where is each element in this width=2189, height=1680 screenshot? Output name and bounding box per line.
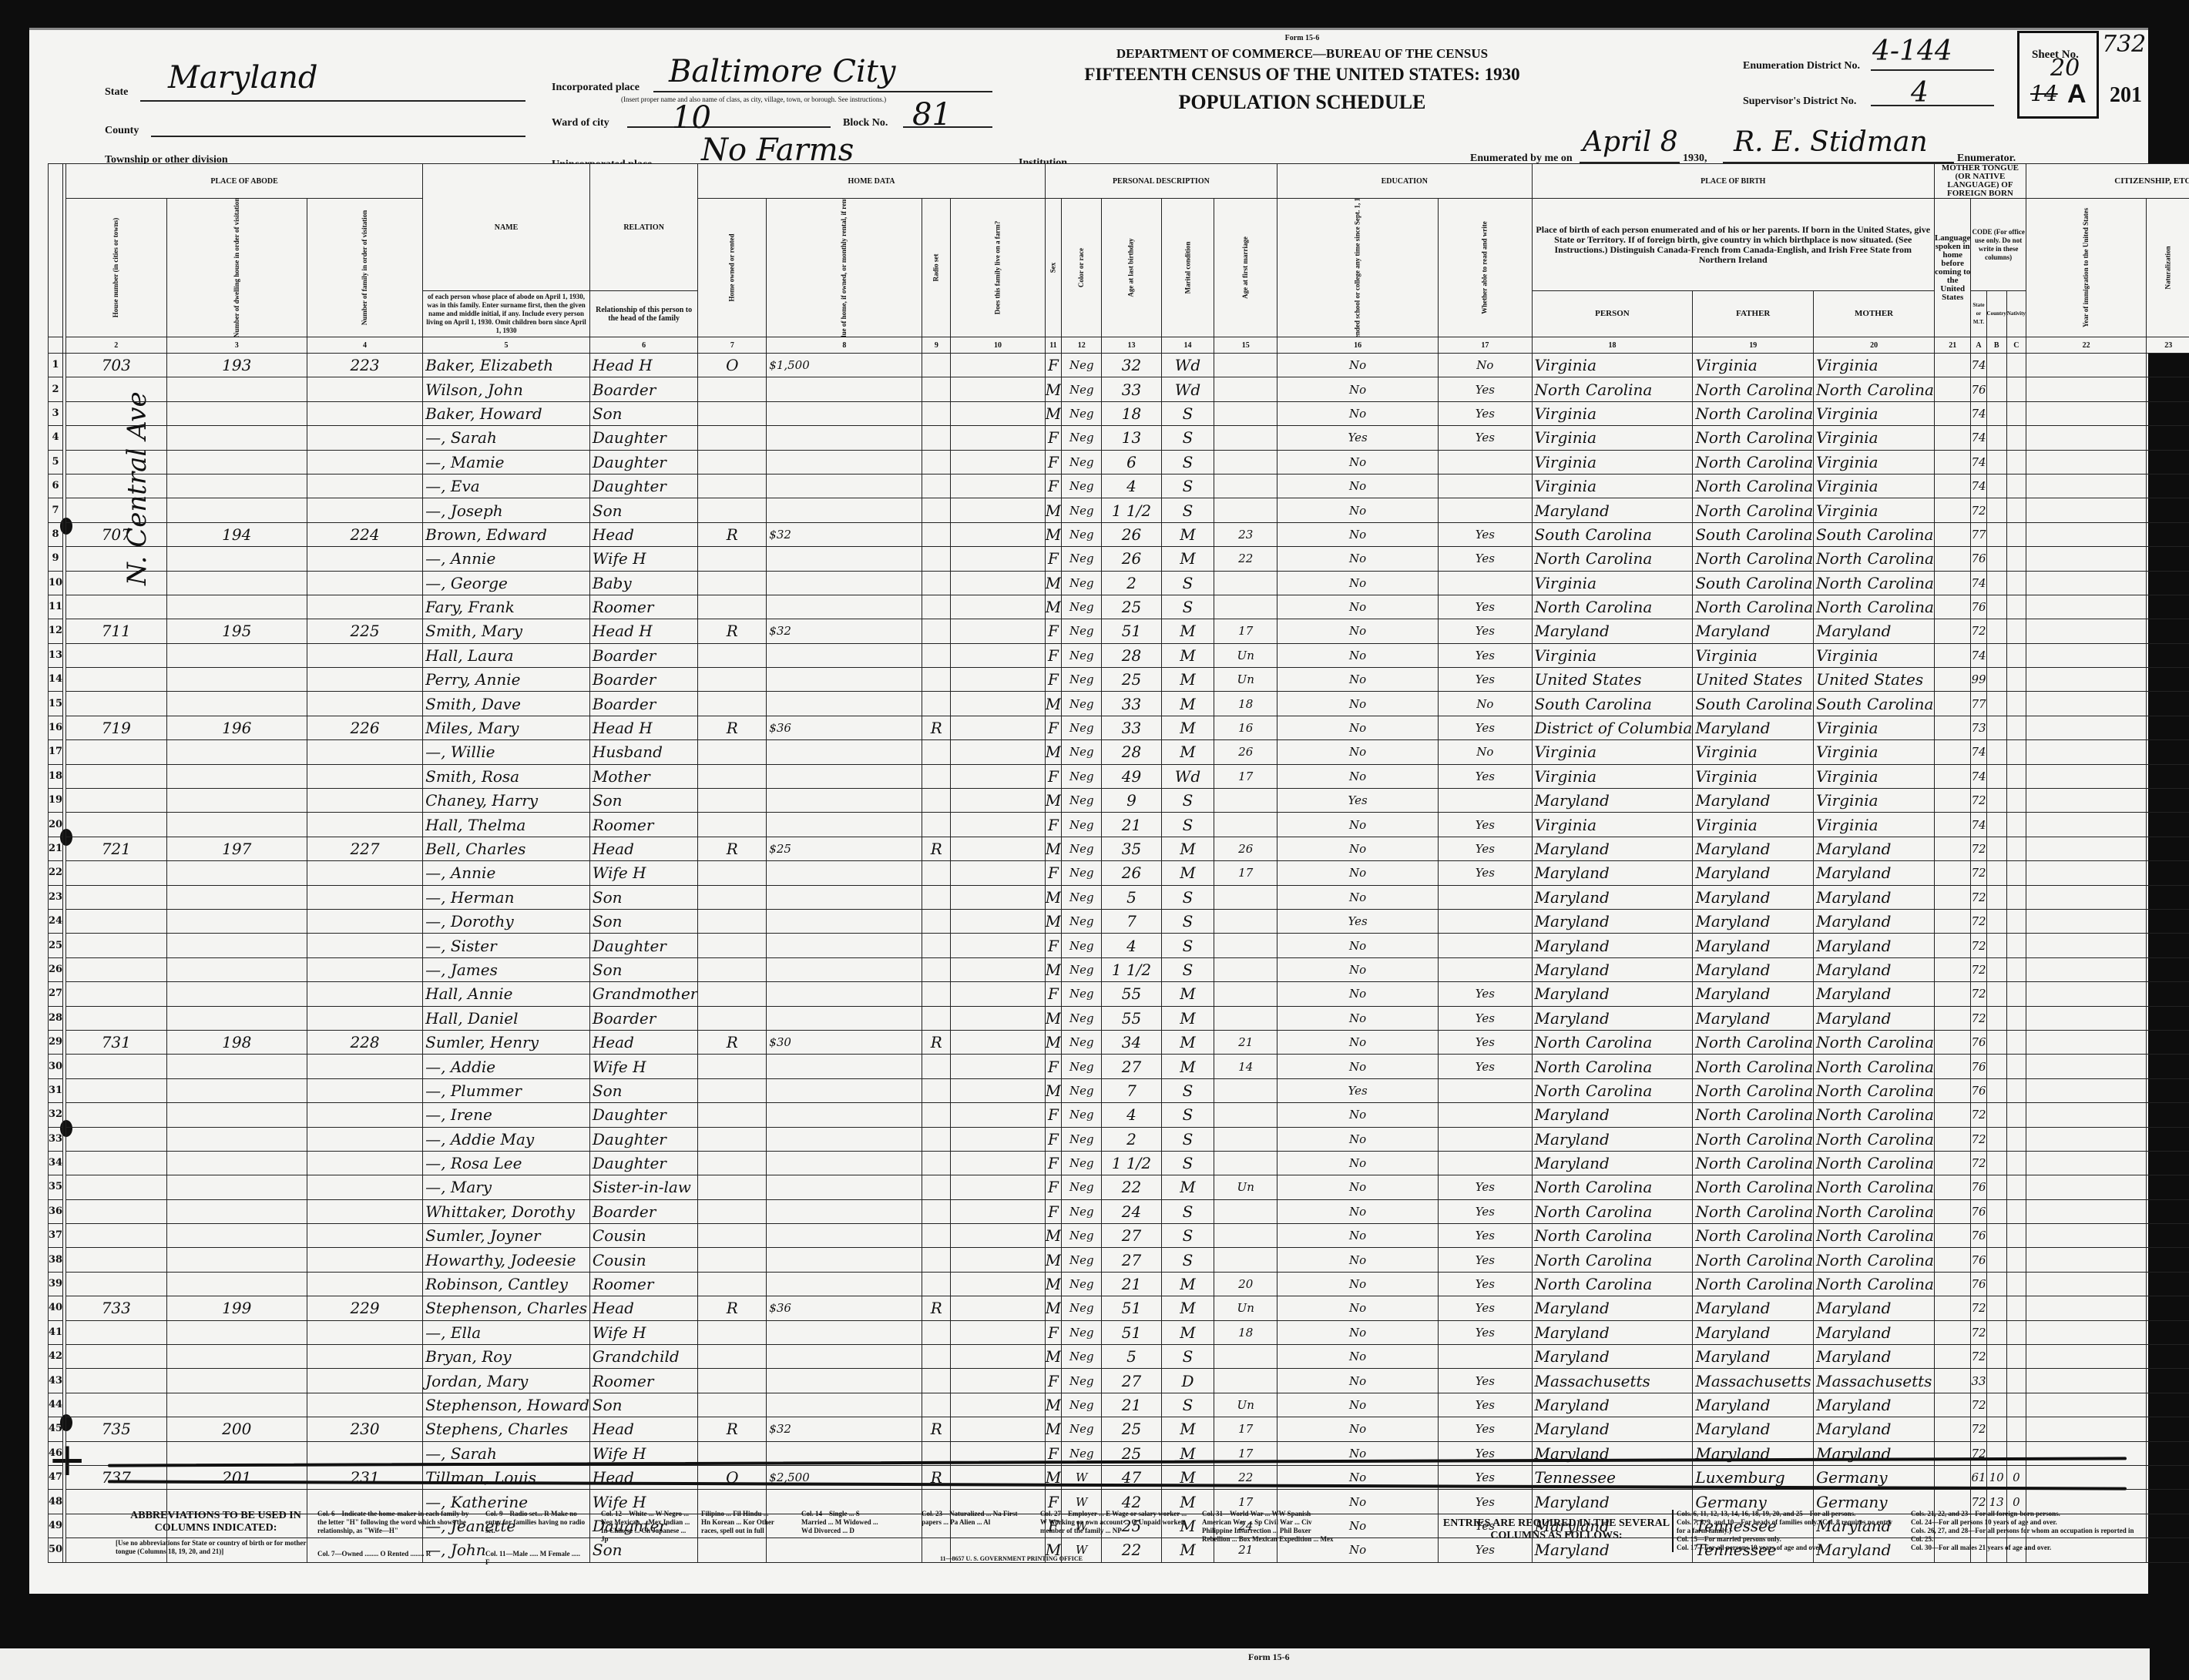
person-name: Baker, Howard [423, 401, 590, 425]
immigration-year [2026, 813, 2146, 837]
code-a: 74 [1971, 764, 1986, 788]
marital-status: S [1161, 426, 1214, 450]
family-number [307, 909, 422, 933]
age-first-marriage [1214, 401, 1277, 425]
home-value [767, 1078, 922, 1102]
code-c [2006, 1441, 2026, 1465]
radio: R [922, 716, 951, 739]
race: Neg [1062, 595, 1102, 619]
language [1934, 934, 1970, 957]
home-value [767, 764, 922, 788]
mother-birthplace: Virginia [1814, 789, 1935, 813]
language [1934, 813, 1970, 837]
home-value [767, 426, 922, 450]
code-a: 77 [1971, 692, 1986, 716]
dwelling-number [166, 1369, 307, 1393]
marital-status: M [1161, 837, 1214, 860]
code-a: 72 [1971, 837, 1986, 860]
code-b [1986, 861, 2006, 885]
read-write [1439, 1127, 1532, 1151]
person-birthplace: North Carolina [1532, 1248, 1693, 1272]
radio [922, 354, 951, 377]
home-value [767, 1175, 922, 1199]
code-c [2006, 1078, 2026, 1102]
age: 5 [1102, 1345, 1161, 1369]
home-value [767, 861, 922, 885]
radio [922, 1199, 951, 1223]
person-birthplace: North Carolina [1532, 1030, 1693, 1054]
ward-label: Ward of city [552, 117, 609, 129]
sex: M [1045, 522, 1061, 546]
family-number [307, 377, 422, 401]
farm [951, 861, 1046, 885]
sex: F [1045, 764, 1061, 788]
code-a: 74 [1971, 450, 1986, 474]
line-number: 25 [49, 934, 63, 957]
language [1934, 1369, 1970, 1393]
person-birthplace: Virginia [1532, 813, 1693, 837]
stamp-top: 732 [2102, 31, 2146, 58]
line-number: 29 [49, 1030, 63, 1054]
person-name: Baker, Elizabeth [423, 354, 590, 377]
code-c [2006, 474, 2026, 498]
personal-group-header: PERSONAL DESCRIPTION [1045, 164, 1277, 199]
read-write: Yes [1439, 426, 1532, 450]
father-birthplace: Maryland [1693, 1393, 1814, 1417]
person-name: Jordan, Mary [423, 1369, 590, 1393]
line-number: 46 [49, 1441, 63, 1465]
family-number [307, 668, 422, 692]
code-a: 72 [1971, 498, 1986, 522]
age-first-marriage: 18 [1214, 1320, 1277, 1344]
naturalization [2147, 401, 2189, 425]
code-c [2006, 668, 2026, 692]
home-owned [698, 474, 767, 498]
code-b [1986, 1417, 2006, 1441]
read-write [1439, 1078, 1532, 1102]
printer-mark: 11—8657 U. S. GOVERNMENT PRINTING OFFICE [940, 1554, 1083, 1563]
column-number: 8 [767, 337, 922, 354]
age: 35 [1102, 837, 1161, 860]
code-c [2006, 595, 2026, 619]
immigration-year-header: Year of immigration to the United States [2026, 199, 2146, 337]
relationship: Son [589, 498, 697, 522]
dwelling-number [166, 668, 307, 692]
table-row: 25—, SisterDaughterFNeg4SNoMarylandMaryl… [49, 934, 2189, 957]
naturalization [2147, 1006, 2189, 1030]
read-write: Yes [1439, 837, 1532, 860]
code-b [1986, 1369, 2006, 1393]
table-row: 1703193223Baker, ElizabethHead HO$1,500F… [49, 354, 2189, 377]
home-value [767, 547, 922, 571]
immigration-year [2026, 547, 2146, 571]
attended-school: No [1277, 957, 1439, 981]
code-b [1986, 764, 2006, 788]
code-a: 72 [1971, 861, 1986, 885]
line-number: 32 [49, 1103, 63, 1127]
column-number: 2 [66, 337, 166, 354]
home-owned: R [698, 1030, 767, 1054]
father-birthplace: Maryland [1693, 837, 1814, 860]
race: Neg [1062, 668, 1102, 692]
code-a: 74 [1971, 474, 1986, 498]
farm [951, 643, 1046, 667]
mother-birthplace: North Carolina [1814, 1224, 1935, 1248]
dwelling-number: 200 [166, 1417, 307, 1441]
person-name: Stephenson, Howard [423, 1393, 590, 1417]
immigration-year [2026, 740, 2146, 764]
person-name: Sumler, Henry [423, 1030, 590, 1054]
column-number: C [2006, 337, 2026, 354]
person-name: Hall, Daniel [423, 1006, 590, 1030]
farm [951, 498, 1046, 522]
naturalization [2147, 1345, 2189, 1369]
column-number: 11 [1045, 337, 1061, 354]
person-name: Perry, Annie [423, 668, 590, 692]
mother-birthplace: Maryland [1814, 1441, 1935, 1465]
person-birthplace: Virginia [1532, 643, 1693, 667]
race: Neg [1062, 1272, 1102, 1296]
name-description: of each person whose place of abode on A… [423, 291, 590, 337]
sex: M [1045, 1030, 1061, 1054]
attended-school: No [1277, 1224, 1439, 1248]
language [1934, 982, 1970, 1006]
block-label: Block No. [843, 117, 888, 129]
column-number: B [1986, 337, 2006, 354]
father-birthplace: North Carolina [1693, 1127, 1814, 1151]
read-write [1439, 1103, 1532, 1127]
sex: M [1045, 498, 1061, 522]
farm [951, 692, 1046, 716]
radio [922, 1248, 951, 1272]
immigration-year [2026, 1320, 2146, 1344]
abbrev-col23: Col. 23—Naturalized ... Na First papers … [922, 1510, 1022, 1527]
sex: F [1045, 668, 1061, 692]
race: Neg [1062, 1175, 1102, 1199]
sex: F [1045, 1199, 1061, 1223]
house-number [66, 1224, 166, 1248]
radio [922, 1151, 951, 1175]
mother-birthplace: Virginia [1814, 354, 1935, 377]
home-owned [698, 1320, 767, 1344]
line-number: 27 [49, 982, 63, 1006]
race-header: Color or race [1062, 199, 1102, 337]
code-b [1986, 643, 2006, 667]
language [1934, 1320, 1970, 1344]
code-a: 72 [1971, 909, 1986, 933]
sex: F [1045, 619, 1061, 643]
naturalization [2147, 498, 2189, 522]
schedule-title: POPULATION SCHEDULE [1110, 91, 1495, 114]
language [1934, 401, 1970, 425]
relationship: Cousin [589, 1248, 697, 1272]
relationship: Wife H [589, 861, 697, 885]
attended-school: No [1277, 1151, 1439, 1175]
read-write [1439, 1345, 1532, 1369]
home-owned [698, 789, 767, 813]
code-c [2006, 1320, 2026, 1344]
race: Neg [1062, 547, 1102, 571]
house-number [66, 982, 166, 1006]
house-number [66, 401, 166, 425]
code-b [1986, 1127, 2006, 1151]
table-row: 16719196226Miles, MaryHead HR$36RFNeg33M… [49, 716, 2189, 739]
attended-school: No [1277, 692, 1439, 716]
father-birthplace: North Carolina [1693, 1224, 1814, 1248]
mother-birthplace: Maryland [1814, 1006, 1935, 1030]
father-birthplace: Maryland [1693, 789, 1814, 813]
person-birthplace: United States [1532, 668, 1693, 692]
person-birthplace: Maryland [1532, 909, 1693, 933]
immigration-year [2026, 498, 2146, 522]
father-birthplace: Maryland [1693, 1345, 1814, 1369]
code-b [1986, 1103, 2006, 1127]
radio [922, 982, 951, 1006]
naturalization [2147, 1296, 2189, 1320]
age: 51 [1102, 619, 1161, 643]
tongue-code-header: CODE (For office use only. Do not write … [1971, 199, 2026, 291]
age: 4 [1102, 1103, 1161, 1127]
house-number [66, 1078, 166, 1102]
age: 25 [1102, 595, 1161, 619]
age: 1 1/2 [1102, 957, 1161, 981]
home-owned [698, 547, 767, 571]
mother-birthplace: Maryland [1814, 1417, 1935, 1441]
age-first-marriage [1214, 934, 1277, 957]
next-page-strip: Form 15-6 [0, 1648, 2150, 1680]
farm [951, 1175, 1046, 1199]
farm [951, 474, 1046, 498]
code-a: 73 [1971, 716, 1986, 739]
column-number: 14 [1161, 337, 1214, 354]
code-a: 33 [1971, 1369, 1986, 1393]
sex: F [1045, 450, 1061, 474]
home-owned [698, 498, 767, 522]
house-number: 735 [66, 1417, 166, 1441]
language [1934, 354, 1970, 377]
mother-birthplace: Maryland [1814, 861, 1935, 885]
home-owned [698, 740, 767, 764]
code-b [1986, 401, 2006, 425]
house-number [66, 885, 166, 909]
code-c [2006, 934, 2026, 957]
race: Neg [1062, 450, 1102, 474]
enumerator-name: R. E. Stidman [1734, 126, 1928, 158]
home-owned [698, 1006, 767, 1030]
age-first-marriage [1214, 474, 1277, 498]
radio [922, 377, 951, 401]
radio [922, 764, 951, 788]
attended-school: No [1277, 764, 1439, 788]
relationship: Boarder [589, 377, 697, 401]
farm [951, 547, 1046, 571]
sex: M [1045, 692, 1061, 716]
code-b [1986, 813, 2006, 837]
read-write: Yes [1439, 377, 1532, 401]
mother-birthplace: Maryland [1814, 982, 1935, 1006]
family-number [307, 764, 422, 788]
table-row: 6—, EvaDaughterFNeg4SNoVirginiaNorth Car… [49, 474, 2189, 498]
person-name: Hall, Annie [423, 982, 590, 1006]
mother-birthplace: North Carolina [1814, 1199, 1935, 1223]
farm [951, 522, 1046, 546]
read-write: Yes [1439, 595, 1532, 619]
attended-school: No [1277, 1417, 1439, 1441]
relationship: Daughter [589, 934, 697, 957]
naturalization [2147, 1490, 2189, 1514]
home-value [767, 1224, 922, 1248]
family-number [307, 740, 422, 764]
person-birthplace: Maryland [1532, 861, 1693, 885]
age: 13 [1102, 426, 1161, 450]
code-c [2006, 1369, 2026, 1393]
language [1934, 1078, 1970, 1102]
attended-school: No [1277, 474, 1439, 498]
sex: M [1045, 595, 1061, 619]
father-birthplace: North Carolina [1693, 1248, 1814, 1272]
table-row: 32—, IreneDaughterFNeg4SNoMarylandNorth … [49, 1103, 2189, 1127]
house-number [66, 1199, 166, 1223]
language [1934, 1296, 1970, 1320]
read-write: Yes [1439, 1175, 1532, 1199]
naturalization [2147, 1538, 2189, 1562]
radio [922, 789, 951, 813]
line-number-header [49, 164, 63, 337]
state-label: State [105, 86, 128, 99]
relationship: Head [589, 522, 697, 546]
line-number: 22 [49, 861, 63, 885]
farm [951, 885, 1046, 909]
naturalization [2147, 837, 2189, 860]
father-birthplace: North Carolina [1693, 426, 1814, 450]
mother-birthplace: Maryland [1814, 885, 1935, 909]
relationship: Son [589, 885, 697, 909]
person-birthplace: Virginia [1532, 354, 1693, 377]
table-row: 44Stephenson, HowardSonMNeg21SUnNoYesMar… [49, 1393, 2189, 1417]
race: Neg [1062, 837, 1102, 860]
code-a: 99 [1971, 668, 1986, 692]
family-number [307, 498, 422, 522]
sheet-letter: A [2067, 79, 2087, 109]
language [1934, 1151, 1970, 1175]
home-owned: R [698, 1417, 767, 1441]
father-birthplace: North Carolina [1693, 1199, 1814, 1223]
family-number [307, 1006, 422, 1030]
line-number: 11 [49, 595, 63, 619]
farm [951, 619, 1046, 643]
marital-status: Wd [1161, 764, 1214, 788]
table-row: 14Perry, AnnieBoarderFNeg25MUnNoYesUnite… [49, 668, 2189, 692]
dwelling-number [166, 934, 307, 957]
code-b [1986, 1345, 2006, 1369]
code-c [2006, 354, 2026, 377]
code-b [1986, 1030, 2006, 1054]
home-owned [698, 1199, 767, 1223]
home-value [767, 885, 922, 909]
code-b [1986, 498, 2006, 522]
marital-status: M [1161, 547, 1214, 571]
home-owned [698, 1393, 767, 1417]
father-birthplace: North Carolina [1693, 1272, 1814, 1296]
language [1934, 1393, 1970, 1417]
attended-school: Yes [1277, 1078, 1439, 1102]
dwelling-number [166, 498, 307, 522]
radio [922, 1078, 951, 1102]
family-number [307, 547, 422, 571]
read-write: Yes [1439, 643, 1532, 667]
farm [951, 1393, 1046, 1417]
code-a: 72 [1971, 1320, 1986, 1344]
immigration-year [2026, 450, 2146, 474]
immigration-year [2026, 571, 2146, 595]
marital-status: S [1161, 401, 1214, 425]
mother-birthplace: Maryland [1814, 934, 1935, 957]
age: 26 [1102, 522, 1161, 546]
column-number: 10 [951, 337, 1046, 354]
naturalization [2147, 474, 2189, 498]
home-owned [698, 764, 767, 788]
table-row: 35—, MarySister-in-lawFNeg22MUnNoYesNort… [49, 1175, 2189, 1199]
radio [922, 1345, 951, 1369]
radio: R [922, 1296, 951, 1320]
family-number [307, 1369, 422, 1393]
farm [951, 909, 1046, 933]
radio [922, 498, 951, 522]
line-number: 7 [49, 498, 63, 522]
age: 22 [1102, 1175, 1161, 1199]
line-number: 16 [49, 716, 63, 739]
relationship: Wife H [589, 1320, 697, 1344]
dwelling-number [166, 861, 307, 885]
column-number: 12 [1062, 337, 1102, 354]
age: 5 [1102, 885, 1161, 909]
person-name: —, Mamie [423, 450, 590, 474]
mother-birthplace: South Carolina [1814, 522, 1935, 546]
attended-school: No [1277, 643, 1439, 667]
naturalization [2147, 1199, 2189, 1223]
abbrev-col6: Col. 6—Indicate the home-maker in each f… [317, 1510, 472, 1535]
family-number [307, 571, 422, 595]
stamp-page: 201 [2110, 83, 2142, 108]
relationship: Daughter [589, 1103, 697, 1127]
home-value [767, 498, 922, 522]
person-name: —, George [423, 571, 590, 595]
relationship: Son [589, 1393, 697, 1417]
person-birthplace: Virginia [1532, 401, 1693, 425]
attended-school: No [1277, 354, 1439, 377]
code-b [1986, 426, 2006, 450]
dwelling-number [166, 789, 307, 813]
person-birthplace: Maryland [1532, 934, 1693, 957]
house-number [66, 1248, 166, 1272]
line-number: 37 [49, 1224, 63, 1248]
table-row: 2Wilson, JohnBoarderMNeg33WdNoYesNorth C… [49, 377, 2189, 401]
sex: M [1045, 740, 1061, 764]
immigration-year [2026, 377, 2146, 401]
naturalization [2147, 522, 2189, 546]
column-number: 20 [1814, 337, 1935, 354]
home-value [767, 450, 922, 474]
family-number [307, 1127, 422, 1151]
line-number: 20 [49, 813, 63, 837]
race: Neg [1062, 1127, 1102, 1151]
family-number [307, 934, 422, 957]
race: Neg [1062, 401, 1102, 425]
house-number [66, 1369, 166, 1393]
farm [951, 716, 1046, 739]
code-a: 72 [1971, 1151, 1986, 1175]
house-number [66, 643, 166, 667]
